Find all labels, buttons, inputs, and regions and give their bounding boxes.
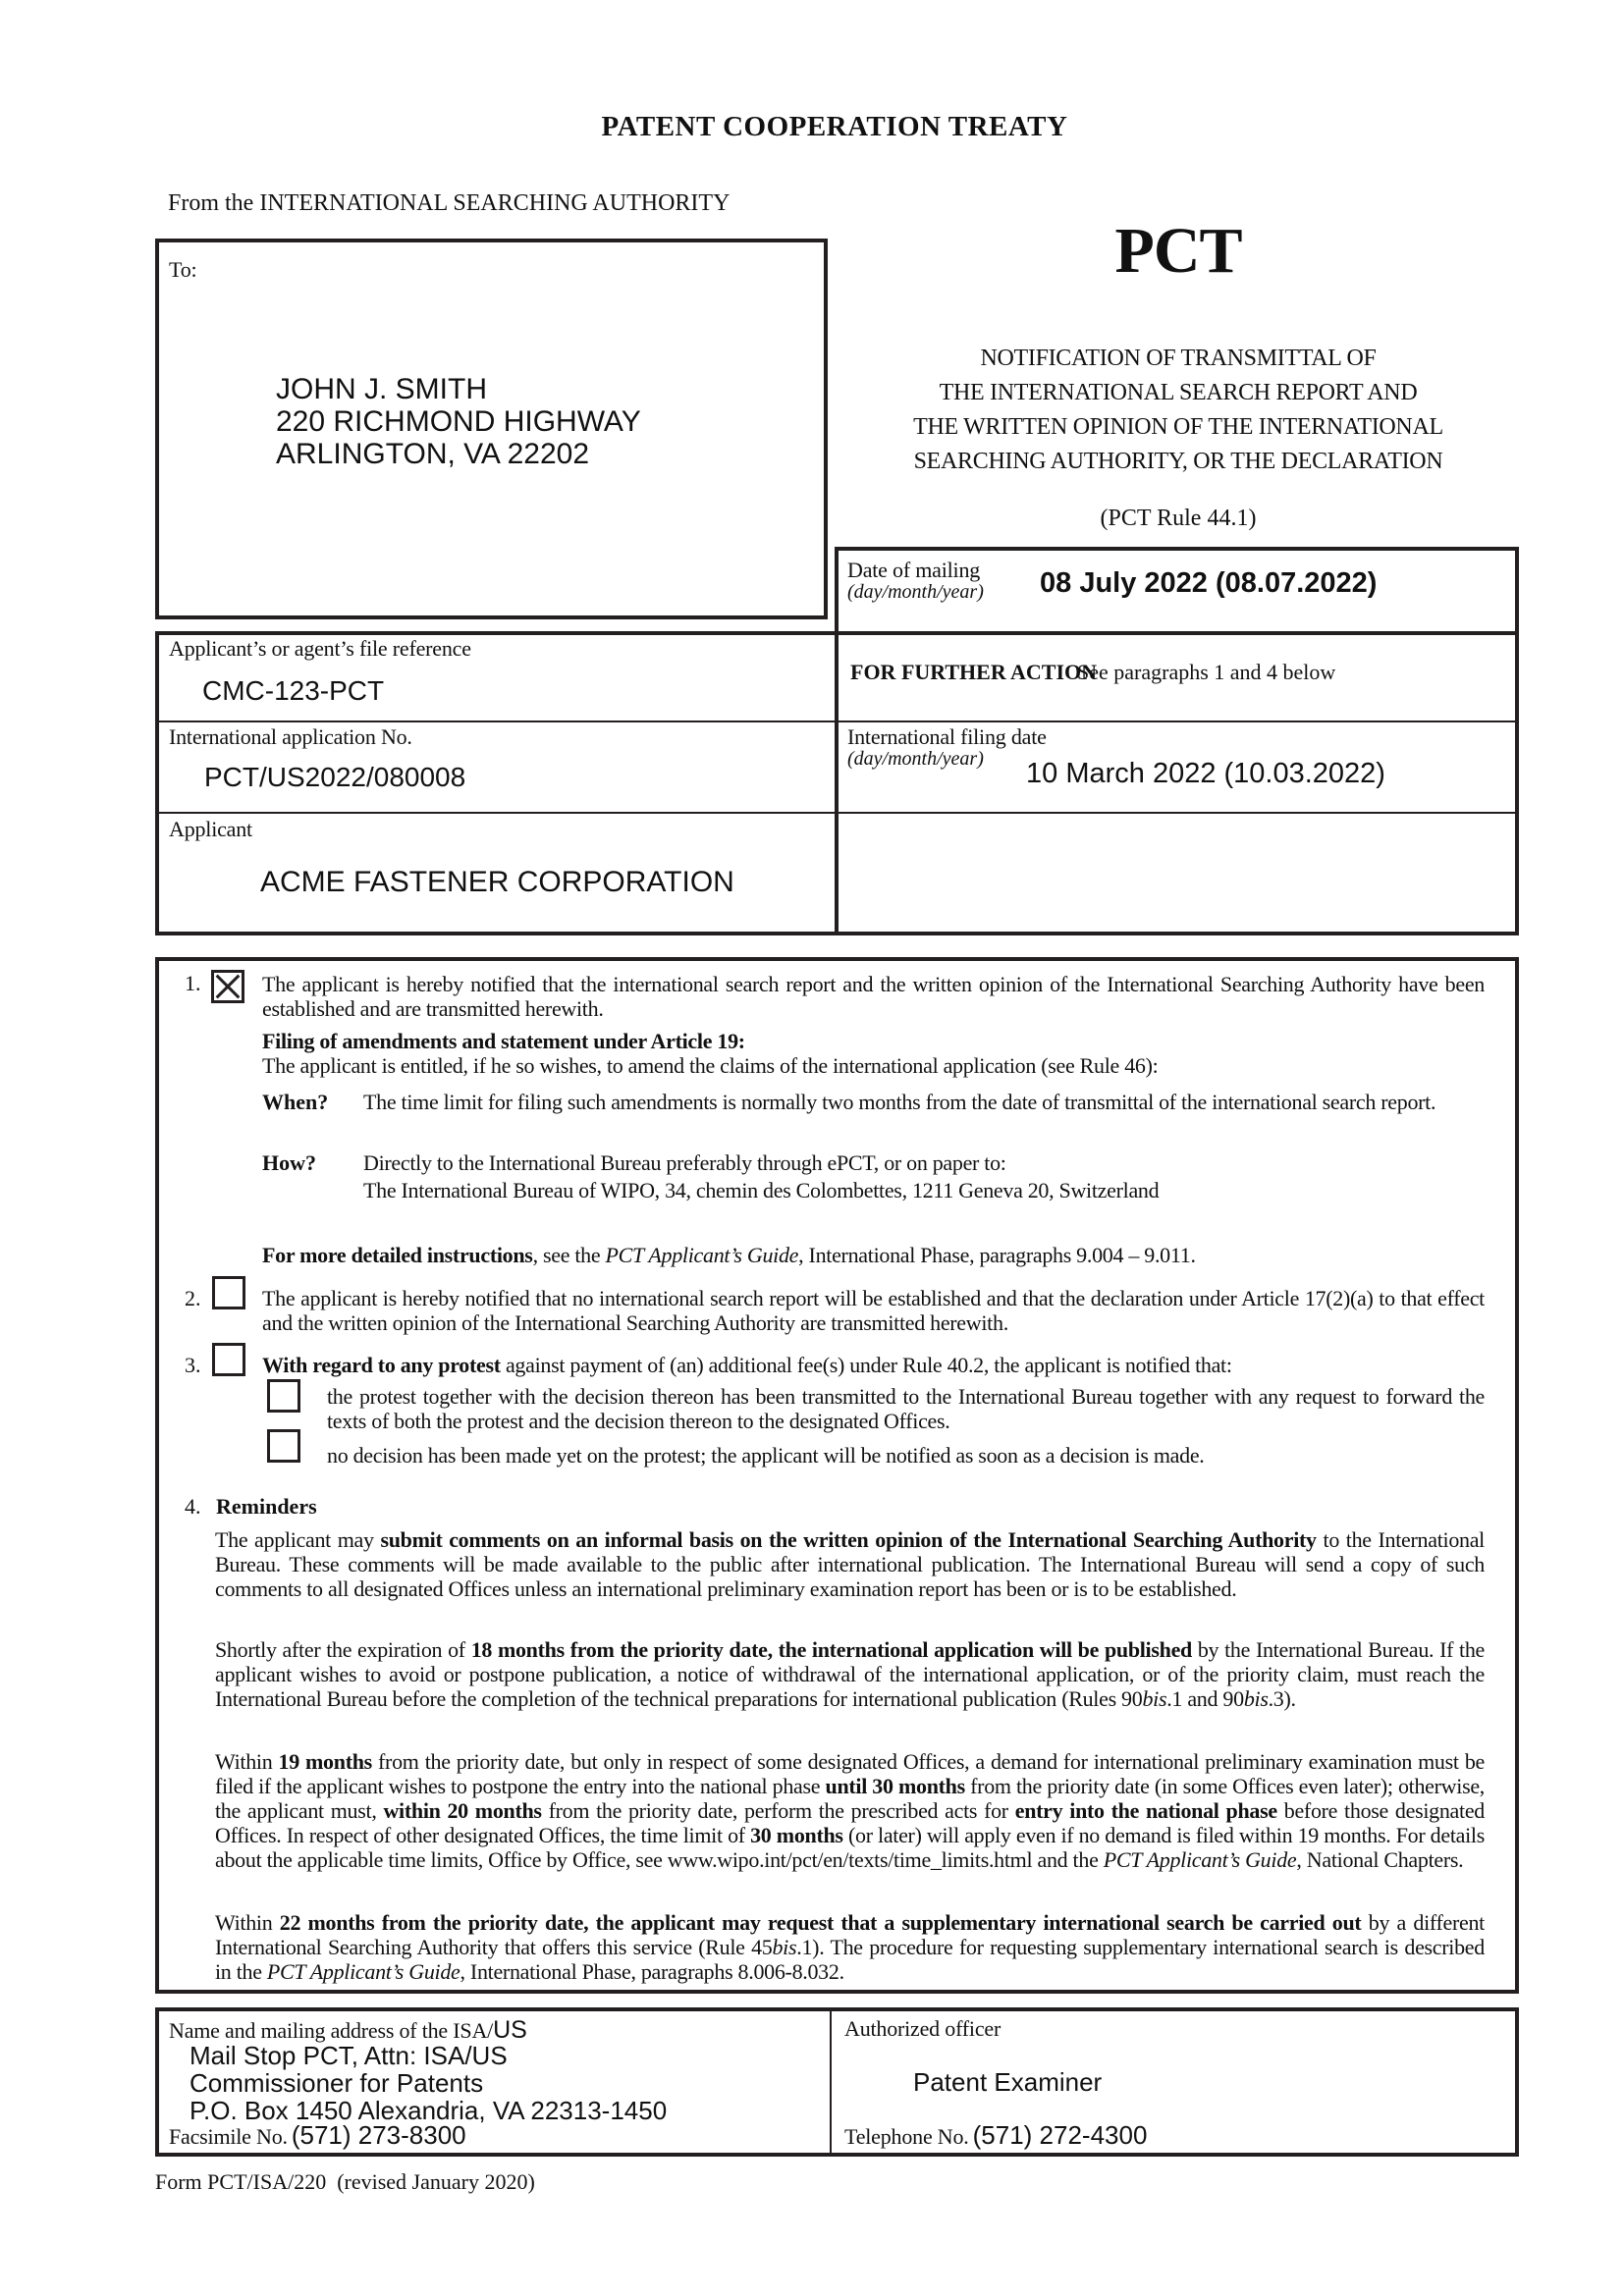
isa-label: Name and mailing address of the ISA/ (169, 2018, 493, 2043)
text: .3). (1269, 1686, 1296, 1711)
italic-text: bis (772, 1935, 796, 1959)
bold-text: entry into the national phase (1015, 1798, 1277, 1823)
bold-text: 19 months (279, 1749, 372, 1774)
file-reference-label: Applicant’s or agent’s file reference (169, 636, 471, 662)
divider (835, 631, 837, 814)
addressee-address: JOHN J. SMITH 220 RICHMOND HIGHWAY ARLIN… (276, 373, 641, 470)
text: from the priority date, perform the pres… (542, 1798, 1015, 1823)
authorized-officer-label: Authorized officer (844, 2016, 1001, 2042)
address-line: ARLINGTON, VA 22202 (276, 438, 641, 470)
reminder-paragraph-2: Shortly after the expiration of 18 month… (215, 1637, 1485, 1711)
applicant-value: ACME FASTENER CORPORATION (260, 866, 734, 899)
protest-pending-text: no decision has been made yet on the pro… (327, 1443, 1485, 1468)
isa-fax: Facsimile No. (571) 273-8300 (169, 2120, 466, 2151)
reminder-paragraph-4: Within 22 months from the priority date,… (215, 1910, 1485, 1984)
item-3-number: 3. (185, 1353, 201, 1378)
item-2-checkbox[interactable] (212, 1276, 245, 1309)
text: The applicant may (215, 1527, 380, 1552)
bold-text: 30 months (750, 1823, 843, 1847)
instructions-text: , International Phase, paragraphs 9.004 … (798, 1243, 1196, 1267)
applicants-guide-ref: PCT Applicant’s Guide (606, 1243, 799, 1267)
item-4-number: 4. (185, 1494, 201, 1520)
item-3-checkbox[interactable] (212, 1343, 245, 1376)
form-identifier: Form PCT/ISA/220 (revised January 2020) (155, 2169, 535, 2195)
protest-transmitted-checkbox[interactable] (267, 1379, 300, 1413)
authorized-officer-name: Patent Examiner (913, 2067, 1102, 2098)
officer-phone: Telephone No. (571) 272-4300 (844, 2120, 1147, 2151)
how-label: How? (262, 1150, 316, 1176)
to-label: To: (169, 257, 196, 283)
protest-transmitted-text: the protest together with the decision t… (327, 1384, 1485, 1433)
when-text: The time limit for filing such amendment… (363, 1090, 1485, 1114)
file-reference-value: CMC-123-PCT (202, 675, 384, 707)
address-line: JOHN J. SMITH (276, 373, 641, 405)
notification-line: SEARCHING AUTHORITY, OR THE DECLARATION (844, 445, 1512, 479)
item-2-number: 2. (185, 1286, 201, 1311)
isa-address-line: Commissioner for Patents (189, 2069, 667, 2097)
isa-address: Mail Stop PCT, Attn: ISA/US Commissioner… (189, 2042, 667, 2124)
instructions-bold: For more detailed instructions (262, 1243, 533, 1267)
amendments-heading: Filing of amendments and statement under… (262, 1029, 745, 1054)
bold-text: 18 months from the priority date, the in… (471, 1637, 1192, 1662)
item-3-bold: With regard to any protest (262, 1353, 501, 1377)
from-authority-line: From the INTERNATIONAL SEARCHING AUTHORI… (168, 190, 730, 217)
text: .1 and 90 (1166, 1686, 1244, 1711)
phone-value: (571) 272-4300 (973, 2120, 1148, 2150)
address-line: 220 RICHMOND HIGHWAY (276, 405, 641, 438)
text: Within (215, 1749, 279, 1774)
instructions-text: , see the (533, 1243, 606, 1267)
text: Within (215, 1910, 280, 1935)
bold-text: 22 months from the priority date, the ap… (280, 1910, 1362, 1935)
italic-text: bis (1244, 1686, 1269, 1711)
isa-address-line: Mail Stop PCT, Attn: ISA/US (189, 2042, 667, 2069)
isa-code: US (493, 2016, 527, 2044)
divider (830, 2009, 832, 2155)
text: , National Chapters. (1296, 1847, 1463, 1872)
item-3-rest: against payment of (an) additional fee(s… (501, 1353, 1232, 1377)
applicants-guide-ref: PCT Applicant’s Guide (267, 1959, 460, 1984)
item-1-text: The applicant is hereby notified that th… (262, 972, 1485, 1021)
applicant-label: Applicant (169, 817, 252, 842)
application-no-value: PCT/US2022/080008 (204, 762, 465, 793)
amendments-text: The applicant is entitled, if he so wish… (262, 1053, 1485, 1078)
notification-line: THE WRITTEN OPINION OF THE INTERNATIONAL (844, 410, 1512, 445)
reminder-paragraph-1: The applicant may submit comments on an … (215, 1527, 1485, 1601)
bold-text: submit comments on an informal basis on … (380, 1527, 1316, 1552)
text: Shortly after the expiration of (215, 1637, 471, 1662)
mailing-date-value: 08 July 2022 (08.07.2022) (1040, 567, 1377, 600)
when-label: When? (262, 1090, 328, 1115)
pct-logo: PCT (1021, 214, 1335, 289)
item-2-text: The applicant is hereby notified that no… (262, 1286, 1485, 1335)
item-3-text: With regard to any protest against payme… (262, 1353, 1485, 1377)
pct-rule: (PCT Rule 44.1) (844, 506, 1512, 532)
notification-line: NOTIFICATION OF TRANSMITTAL OF (844, 342, 1512, 376)
phone-label: Telephone No. (844, 2124, 969, 2149)
item-1-number: 1. (185, 971, 201, 996)
detailed-instructions: For more detailed instructions, see the … (262, 1243, 1485, 1267)
mailing-date-format: (day/month/year) (847, 581, 984, 604)
applicants-guide-ref: PCT Applicant’s Guide (1104, 1847, 1297, 1872)
divider (157, 812, 835, 814)
protest-pending-checkbox[interactable] (267, 1429, 300, 1463)
bold-text: until 30 months (826, 1774, 965, 1798)
item-1-checkbox[interactable] (211, 970, 244, 1003)
italic-text: bis (1142, 1686, 1166, 1711)
reminders-heading: Reminders (216, 1494, 317, 1520)
reminder-paragraph-3: Within 19 months from the priority date,… (215, 1749, 1485, 1872)
application-no-label: International application No. (169, 724, 412, 750)
text: , International Phase, paragraphs 8.006-… (460, 1959, 844, 1984)
mailing-date-label: Date of mailing (847, 558, 980, 583)
bold-text: within 20 months (383, 1798, 541, 1823)
divider (157, 721, 835, 722)
notification-title: NOTIFICATION OF TRANSMITTAL OF THE INTER… (844, 342, 1512, 479)
notification-line: THE INTERNATIONAL SEARCH REPORT AND (844, 376, 1512, 410)
wipo-address: The International Bureau of WIPO, 34, ch… (363, 1178, 1485, 1202)
fax-label: Facsimile No. (169, 2124, 288, 2149)
fax-value: (571) 273-8300 (292, 2120, 466, 2150)
how-text: Directly to the International Bureau pre… (363, 1150, 1485, 1175)
document-title: PATENT COOPERATION TREATY (0, 111, 1624, 143)
